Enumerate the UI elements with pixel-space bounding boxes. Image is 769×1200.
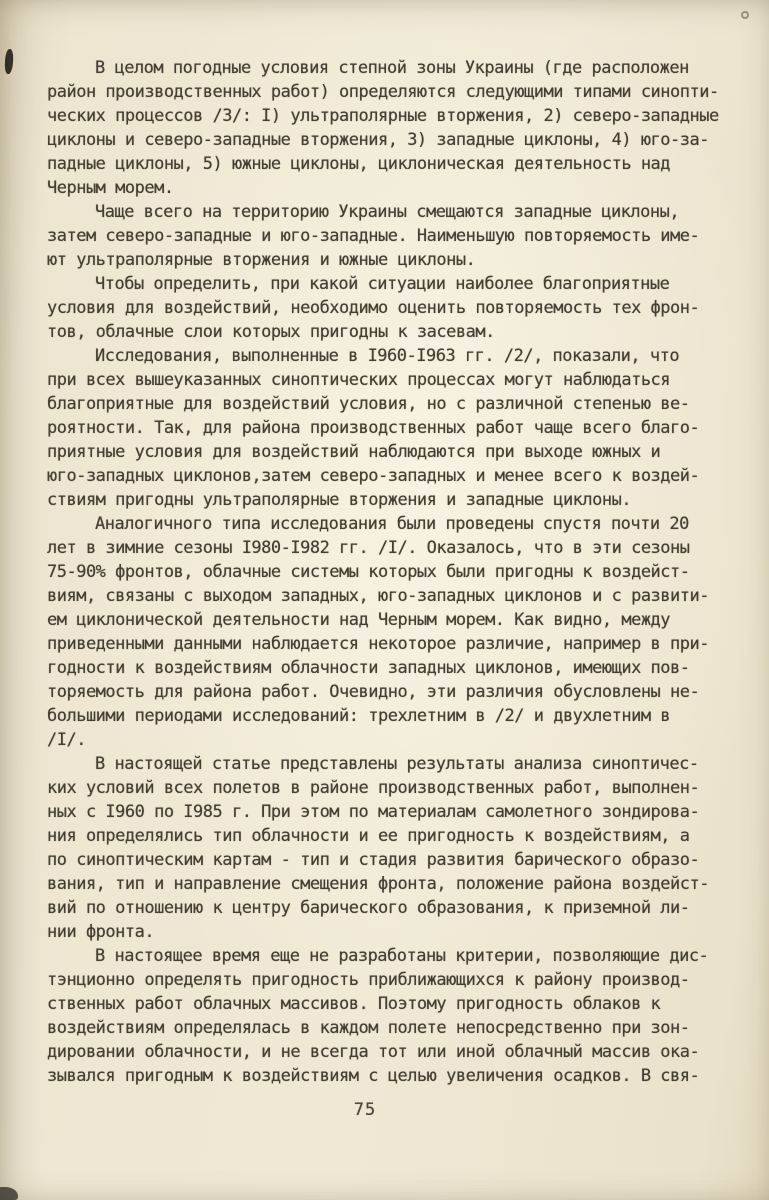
ink-mark-icon [4,49,14,74]
ink-speck-icon [741,11,749,19]
text-line: лет в зимние сезоны I980-I982 гг. /I/. О… [47,536,725,560]
text-line: ют ультраполярные вторжения и южные цикл… [47,248,725,272]
text-line: роятности. Так, для района производствен… [47,416,725,440]
text-line: нии фронта. [47,920,725,944]
text-line: ния определялись тип облачности и ее при… [47,824,725,848]
text-line: годности к воздействиям облачности запад… [47,656,725,680]
text-line: тэнционно определять пригодность приближ… [47,968,725,992]
text-line: /I/. [47,728,725,752]
text-line: район производственных работ) определяют… [47,80,725,104]
paragraph: В настоящей статье представлены результа… [47,752,725,944]
text-line: зывался пригодным к воздействиям с целью… [47,1064,725,1088]
page-number: 75 [330,1100,400,1120]
text-line: Чтобы определить, при какой ситуации наи… [47,272,725,296]
paragraph: Исследования, выполненные в I960-I963 гг… [47,344,725,512]
text-line: ствиям пригодны ультраполярные вторжения… [47,488,725,512]
text-line: большими периодами исследований: трехлет… [47,704,725,728]
text-line: дировании облачности, и не всегда тот ил… [47,1040,725,1064]
text-line: вий по отношению к центру барического об… [47,896,725,920]
paragraph: В целом погодные условия степной зоны Ук… [47,56,725,200]
text-line: ных с I960 по I985 г. При этом по матери… [47,800,725,824]
text-line: В настоящей статье представлены результа… [47,752,725,776]
text-line: при всех вышеуказанных синоптических про… [47,368,725,392]
text-line: Черным морем. [47,176,725,200]
text-line: приятные условия для воздействий наблюда… [47,440,725,464]
ink-smudge-icon [0,1187,18,1200]
text-line: воздействиям определялась в каждом полет… [47,1016,725,1040]
text-line: условия для воздействий, необходимо оцен… [47,296,725,320]
text-line: циклоны и северо-западные вторжения, 3) … [47,128,725,152]
text-line: виям, связаны с выходом западных, юго-за… [47,584,725,608]
paragraph: Чаще всего на территорию Украины смещают… [47,200,725,272]
text-line: приведенными данными наблюдается некотор… [47,632,725,656]
text-line: ческих процессов /3/: I) ультраполярные … [47,104,725,128]
text-line: Чаще всего на территорию Украины смещают… [47,200,725,224]
text-line: Исследования, выполненные в I960-I963 гг… [47,344,725,368]
text-line: В целом погодные условия степной зоны Ук… [47,56,725,80]
text-line: 75-90% фронтов, облачные системы которых… [47,560,725,584]
text-line: по синоптическим картам - тип и стадия р… [47,848,725,872]
text-line: затем северо-западные и юго-западные. На… [47,224,725,248]
text-line: ких условий всех полетов в районе произв… [47,776,725,800]
paragraph: В настоящее время еще не разработаны кри… [47,944,725,1088]
text-line: тов, облачные слои которых пригодны к за… [47,320,725,344]
text-line: торяемость для района работ. Очевидно, э… [47,680,725,704]
paragraph: Чтобы определить, при какой ситуации наи… [47,272,725,344]
text-line: В настоящее время еще не разработаны кри… [47,944,725,968]
document-body-text: В целом погодные условия степной зоны Ук… [47,56,725,1088]
text-line: падные циклоны, 5) южные циклоны, циклон… [47,152,725,176]
text-line: благоприятные для воздействий условия, н… [47,392,725,416]
text-line: ем циклонической деятельности над Черным… [47,608,725,632]
scanned-document-page: В целом погодные условия степной зоны Ук… [0,0,769,1200]
paragraph: Аналогичного типа исследования были пров… [47,512,725,752]
text-line: ственных работ облачных массивов. Поэтом… [47,992,725,1016]
text-line: юго-западных циклонов,затем северо-запад… [47,464,725,488]
text-line: Аналогичного типа исследования были пров… [47,512,725,536]
text-line: вания, тип и направление смещения фронта… [47,872,725,896]
